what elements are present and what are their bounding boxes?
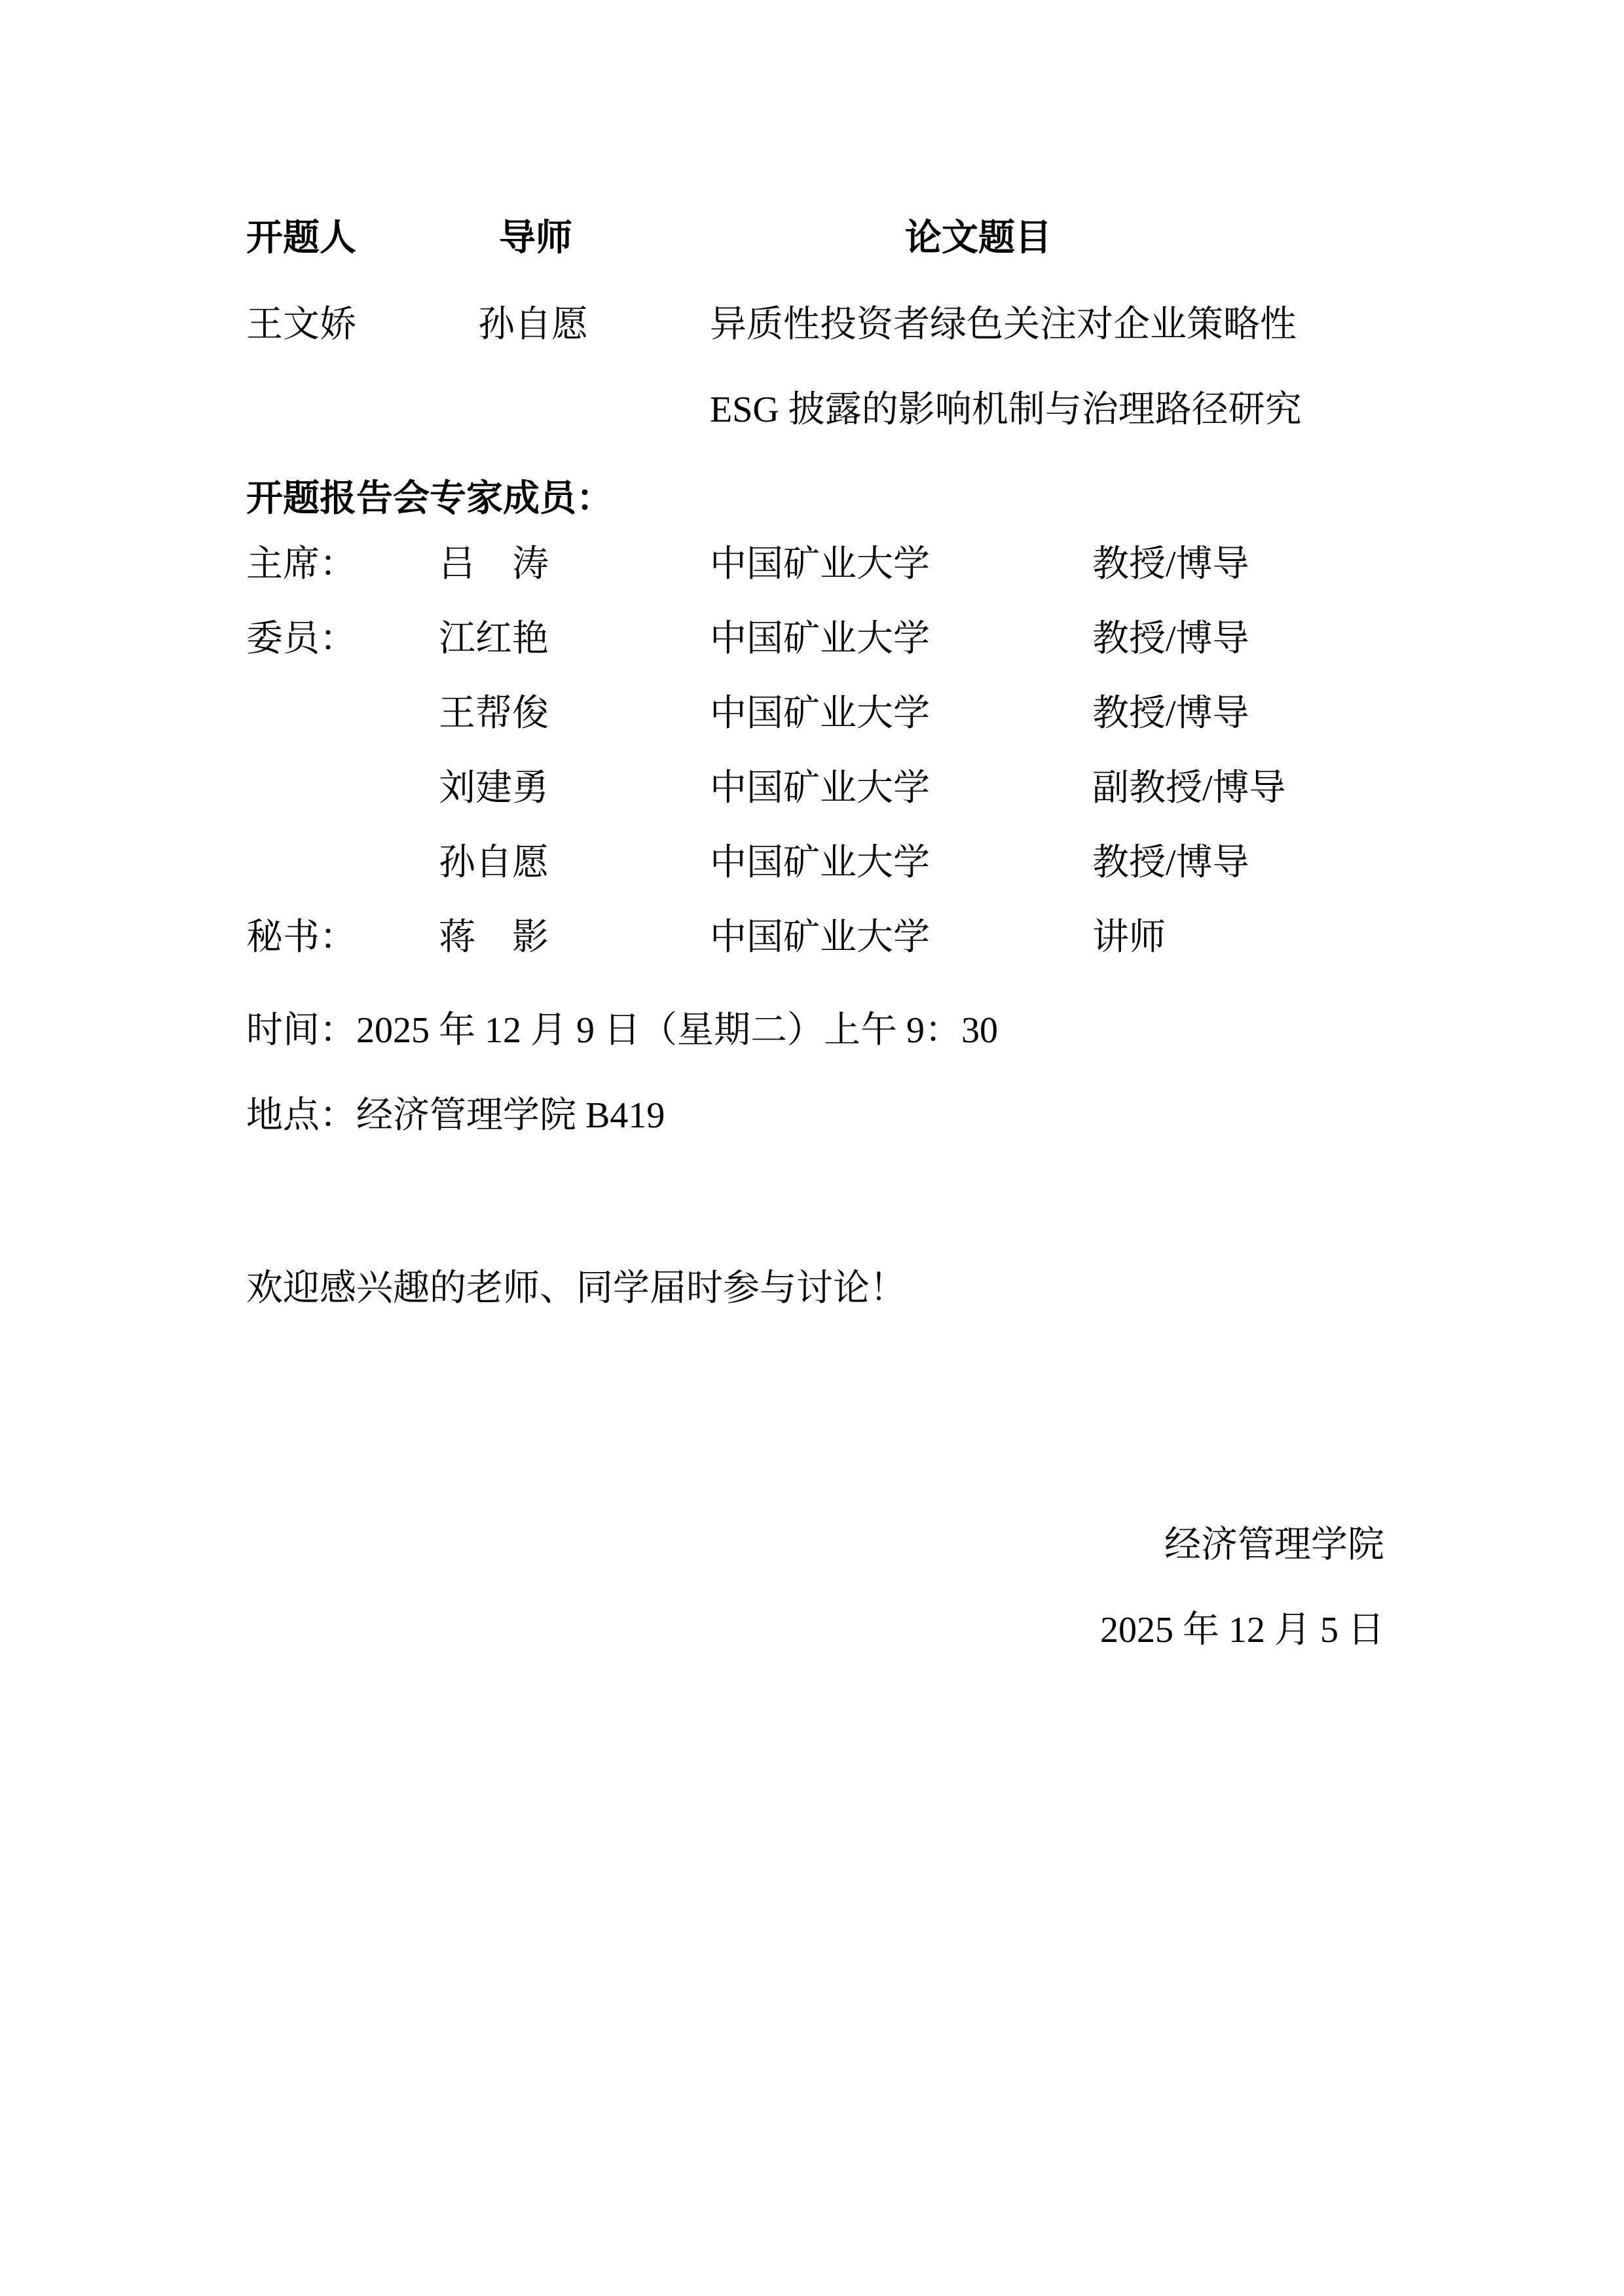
committee-title: 教授/博导 [1092, 621, 1249, 657]
committee-role: 委员： [246, 621, 356, 657]
committee-affiliation: 中国矿业大学 [710, 770, 930, 807]
committee-name: 吕 涛 [439, 546, 549, 583]
committee-name: 王帮俊 [439, 695, 549, 732]
title-label: 论文题目 [905, 220, 1052, 257]
invitation-text: 欢迎感兴趣的老师、同学届时参与讨论！ [246, 1270, 906, 1307]
committee-title: 教授/博导 [1092, 695, 1249, 732]
signature-org: 经济管理学院 [1164, 1527, 1384, 1563]
meeting-location: 地点：经济管理学院 B419 [246, 1097, 665, 1134]
meeting-time: 时间：2025 年 12 月 9 日（星期二）上午 9：30 [246, 1012, 998, 1049]
presenter-name: 王文娇 [246, 306, 356, 343]
committee-heading: 开题报告会专家成员： [246, 481, 613, 517]
committee-name: 蒋 影 [439, 919, 549, 956]
committee-affiliation: 中国矿业大学 [710, 845, 930, 881]
committee-name: 刘建勇 [439, 770, 549, 807]
committee-affiliation: 中国矿业大学 [710, 546, 930, 583]
advisor-label: 导师 [499, 220, 572, 257]
committee-name: 江红艳 [439, 621, 549, 657]
committee-name: 孙自愿 [439, 845, 549, 881]
signature-date: 2025 年 12 月 5 日 [1100, 1612, 1384, 1649]
committee-title: 教授/博导 [1092, 546, 1249, 583]
presenter-label: 开题人 [246, 220, 356, 257]
committee-title: 副教授/博导 [1092, 770, 1286, 807]
committee-affiliation: 中国矿业大学 [710, 621, 930, 657]
committee-affiliation: 中国矿业大学 [710, 695, 930, 732]
committee-role: 主席： [246, 546, 356, 583]
committee-title: 讲师 [1092, 919, 1166, 956]
committee-title: 教授/博导 [1092, 845, 1249, 881]
thesis-title-line2: ESG 披露的影响机制与治理路径研究 [710, 392, 1302, 428]
thesis-title-line1: 异质性投资者绿色关注对企业策略性 [710, 306, 1297, 343]
committee-affiliation: 中国矿业大学 [710, 919, 930, 956]
committee-role: 秘书： [246, 919, 356, 956]
advisor-name: 孙自愿 [478, 306, 588, 343]
